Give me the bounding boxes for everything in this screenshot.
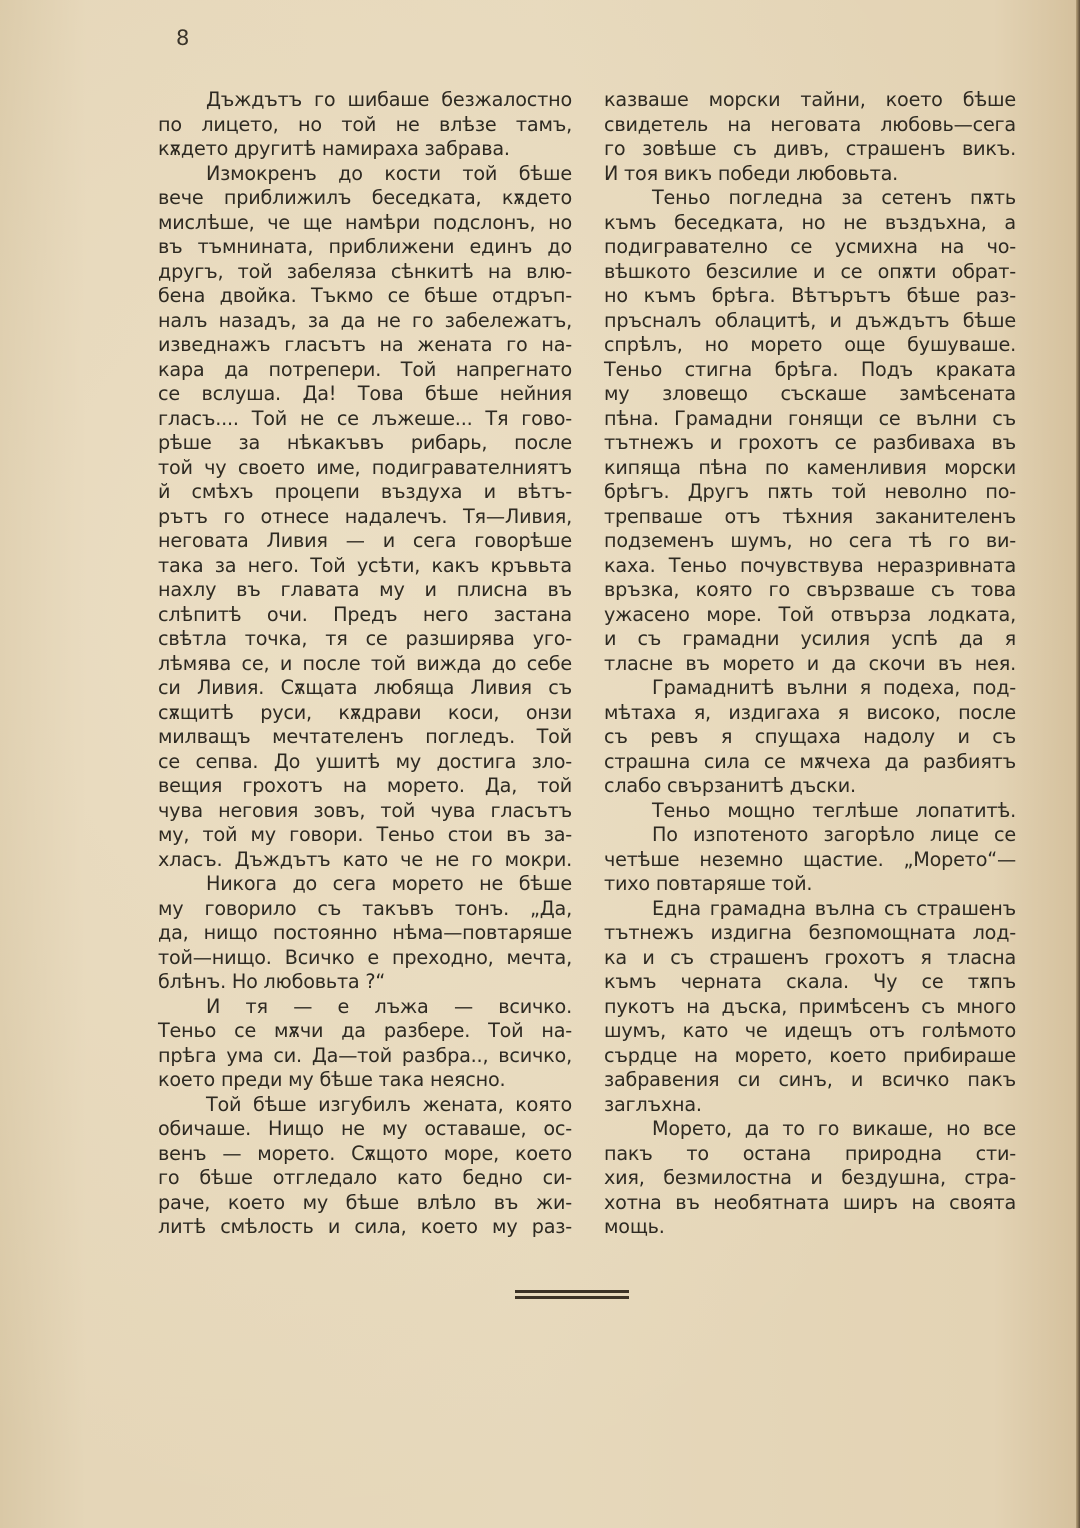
text-line: нахлу въ главата му и плисна въ bbox=[158, 578, 572, 603]
text-line: страшна сила се мѫчеха да разбиятъ bbox=[604, 750, 1016, 775]
text-line: хласъ. Дъждътъ като че не го мокри. bbox=[158, 848, 572, 873]
text-line: Теньо се мѫчи да разбере. Той на- bbox=[158, 1019, 572, 1044]
text-line: прѣга ума си. Да—той разбра.., всичко, bbox=[158, 1044, 572, 1069]
text-line: неговата Ливия — и сега говорѣше bbox=[158, 529, 572, 554]
text-line: кѫдето другитѣ намираха забрава. bbox=[158, 137, 572, 162]
text-line: Теньо стигна брѣга. Подъ краката bbox=[604, 358, 1016, 383]
text-line: свидетель на неговата любовь—сега bbox=[604, 113, 1016, 138]
page-number: 8 bbox=[176, 26, 189, 50]
text-line: съ ревъ я спущаха надолу и съ bbox=[604, 725, 1016, 750]
text-line: сърдце на морето, което прибираше bbox=[604, 1044, 1016, 1069]
text-line: по лицето, но той не влѣзе тамъ, bbox=[158, 113, 572, 138]
text-line: къмъ черната скала. Чу се тѫпъ bbox=[604, 970, 1016, 995]
text-line: слѣпитѣ очи. Предъ него застана bbox=[158, 603, 572, 628]
text-line: къмъ беседката, но не въздъхна, а bbox=[604, 211, 1016, 236]
page-edge-shadow bbox=[1076, 0, 1080, 1528]
text-line: четѣше неземно щастие. „Морето“— bbox=[604, 848, 1016, 873]
text-line: литѣ смѣлость и сила, което му раз- bbox=[158, 1215, 572, 1240]
text-line: милващъ мечтателенъ погледъ. Той bbox=[158, 725, 572, 750]
text-line: изведнажъ гласътъ на жената го на- bbox=[158, 333, 572, 358]
text-line: бена двойка. Тъкмо се бѣше отдръп- bbox=[158, 284, 572, 309]
text-line: му говорило съ такъвъ тонъ. „Да, bbox=[158, 897, 572, 922]
text-line: лѣмява се, и после той вижда до себе bbox=[158, 652, 572, 677]
text-line: Теньо мощно теглѣше лопатитѣ. bbox=[604, 799, 1016, 824]
text-line: И тоя викъ победи любовьта. bbox=[604, 162, 1016, 187]
text-line: се сепва. До ушитѣ му достига зло- bbox=[158, 750, 572, 775]
text-line: тътнежъ и грохотъ се разбиваха въ bbox=[604, 431, 1016, 456]
text-line: шумъ, като че идещъ отъ голѣмото bbox=[604, 1019, 1016, 1044]
text-line: той—нищо. Всичко е преходно, мечта, bbox=[158, 946, 572, 971]
text-line: да, нищо постоянно нѣма—повтаряше bbox=[158, 921, 572, 946]
text-line: подигравателно се усмихна на чо- bbox=[604, 235, 1016, 260]
text-line: хия, безмилостна и бездушна, стра- bbox=[604, 1166, 1016, 1191]
text-line: раче, което му бѣше влѣло въ жи- bbox=[158, 1191, 572, 1216]
text-line: казваше морски тайни, което бѣше bbox=[604, 88, 1016, 113]
text-line: рѣше за нѣкакъвъ рибарь, после bbox=[158, 431, 572, 456]
text-line: слабо свързанитѣ дъски. bbox=[604, 774, 1016, 799]
text-line: връзка, която го свързваше съ това bbox=[604, 578, 1016, 603]
text-line: тихо повтаряше той. bbox=[604, 872, 1016, 897]
text-line: Той бѣше изгубилъ жената, която bbox=[158, 1093, 572, 1118]
text-line: си Ливия. Сѫщата любяща Ливия съ bbox=[158, 676, 572, 701]
text-line: налъ назадъ, за да не го забележатъ, bbox=[158, 309, 572, 334]
text-line: Измокренъ до кости той бѣше bbox=[158, 162, 572, 187]
text-line: така за него. Той усѣти, какъ кръвьта bbox=[158, 554, 572, 579]
text-line: тласне въ морето и да скочи въ нея. bbox=[604, 652, 1016, 677]
text-line: Една грамадна вълна съ страшенъ bbox=[604, 897, 1016, 922]
text-line: му, той му говори. Теньо стои въ за- bbox=[158, 823, 572, 848]
text-line: брѣгъ. Другъ пѫть той неволно по- bbox=[604, 480, 1016, 505]
text-line: заглъхна. bbox=[604, 1093, 1016, 1118]
text-line: пѣна. Грамадни гонящи се вълни съ bbox=[604, 407, 1016, 432]
text-line: сѫщитѣ руси, кѫдрави коси, онзи bbox=[158, 701, 572, 726]
text-line: спрѣлъ, но морето още бушуваше. bbox=[604, 333, 1016, 358]
text-line: Морето, да то го викаше, но все bbox=[604, 1117, 1016, 1142]
text-line: въ тъмнината, приближени единъ до bbox=[158, 235, 572, 260]
text-line: тътнежъ издигна безпомощната лод- bbox=[604, 921, 1016, 946]
text-line: и съ грамадни усилия успѣ да я bbox=[604, 627, 1016, 652]
text-line: подземенъ шумъ, но сега тѣ го ви- bbox=[604, 529, 1016, 554]
text-line: но къмъ брѣга. Вѣтърътъ бѣше раз- bbox=[604, 284, 1016, 309]
text-line: венъ — морето. Сѫщото море, което bbox=[158, 1142, 572, 1167]
text-line: пръсналъ облацитѣ, и дъждътъ бѣше bbox=[604, 309, 1016, 334]
text-line: вещия грохотъ на морето. Да, той bbox=[158, 774, 572, 799]
text-line: обичаше. Нищо не му оставаше, ос- bbox=[158, 1117, 572, 1142]
text-line: забравения си синъ, и всичко пакъ bbox=[604, 1068, 1016, 1093]
text-line: трепваше отъ тѣхния заканителенъ bbox=[604, 505, 1016, 530]
left-text-column: Дъждътъ го шибаше безжалостнопо лицето, … bbox=[158, 88, 572, 1240]
section-end-divider bbox=[515, 1290, 629, 1299]
text-line: кара да потрепери. Той напрегнато bbox=[158, 358, 572, 383]
text-line: По изпотеното загорѣло лице се bbox=[604, 823, 1016, 848]
text-line: му зловещо съскаше замѣсената bbox=[604, 382, 1016, 407]
text-line: кипяща пѣна по каменливия морски bbox=[604, 456, 1016, 481]
text-line: мощь. bbox=[604, 1215, 1016, 1240]
text-line: го бѣше отгледало като бедно си- bbox=[158, 1166, 572, 1191]
text-line: хотна въ необятната ширъ на своята bbox=[604, 1191, 1016, 1216]
text-line: другъ, той забеляза сѣнкитѣ на влю- bbox=[158, 260, 572, 285]
text-line: ужасено море. Той отвърза лодката, bbox=[604, 603, 1016, 628]
text-line: Никога до сега морето не бѣше bbox=[158, 872, 572, 897]
text-line: И тя — е лъжа — всичко. bbox=[158, 995, 572, 1020]
text-line: свѣтла точка, тя се разширява уго- bbox=[158, 627, 572, 652]
text-line: мислѣше, че ще намѣри подслонъ, но bbox=[158, 211, 572, 236]
text-line: което преди му бѣше така неясно. bbox=[158, 1068, 572, 1093]
text-line: той чу своето име, подигравателниятъ bbox=[158, 456, 572, 481]
text-line: каха. Теньо почувствува неразривната bbox=[604, 554, 1016, 579]
text-line: вѣшкото безсилие и се опѫти обрат- bbox=[604, 260, 1016, 285]
document-page: 8 Дъждътъ го шибаше безжалостнопо лицето… bbox=[0, 0, 1080, 1528]
text-line: вече приближилъ беседката, кѫдето bbox=[158, 186, 572, 211]
text-line: Дъждътъ го шибаше безжалостно bbox=[158, 88, 572, 113]
text-line: пакъ то остана природна сти- bbox=[604, 1142, 1016, 1167]
text-line: го зовѣше съ дивъ, страшенъ викъ. bbox=[604, 137, 1016, 162]
text-line: гласъ.... Той не се лъжеше... Тя гово- bbox=[158, 407, 572, 432]
text-line: Грамаднитѣ вълни я подеха, под- bbox=[604, 676, 1016, 701]
text-line: блѣнъ. Но любовьта ?“ bbox=[158, 970, 572, 995]
text-line: мѣтаха я, издигаха я високо, после bbox=[604, 701, 1016, 726]
text-line: й смѣхъ процепи въздуха и вѣтъ- bbox=[158, 480, 572, 505]
text-line: пукотъ на дъска, примѣсенъ съ много bbox=[604, 995, 1016, 1020]
text-line: ка и съ страшенъ грохотъ я тласна bbox=[604, 946, 1016, 971]
text-line: се вслуша. Да! Това бѣше нейния bbox=[158, 382, 572, 407]
text-line: рътъ го отнесе надалечъ. Тя—Ливия, bbox=[158, 505, 572, 530]
text-line: Теньо погледна за сетенъ пѫть bbox=[604, 186, 1016, 211]
text-line: чува неговия зовъ, той чува гласътъ bbox=[158, 799, 572, 824]
right-text-column: казваше морски тайни, което бѣшесвидетел… bbox=[604, 88, 1016, 1240]
